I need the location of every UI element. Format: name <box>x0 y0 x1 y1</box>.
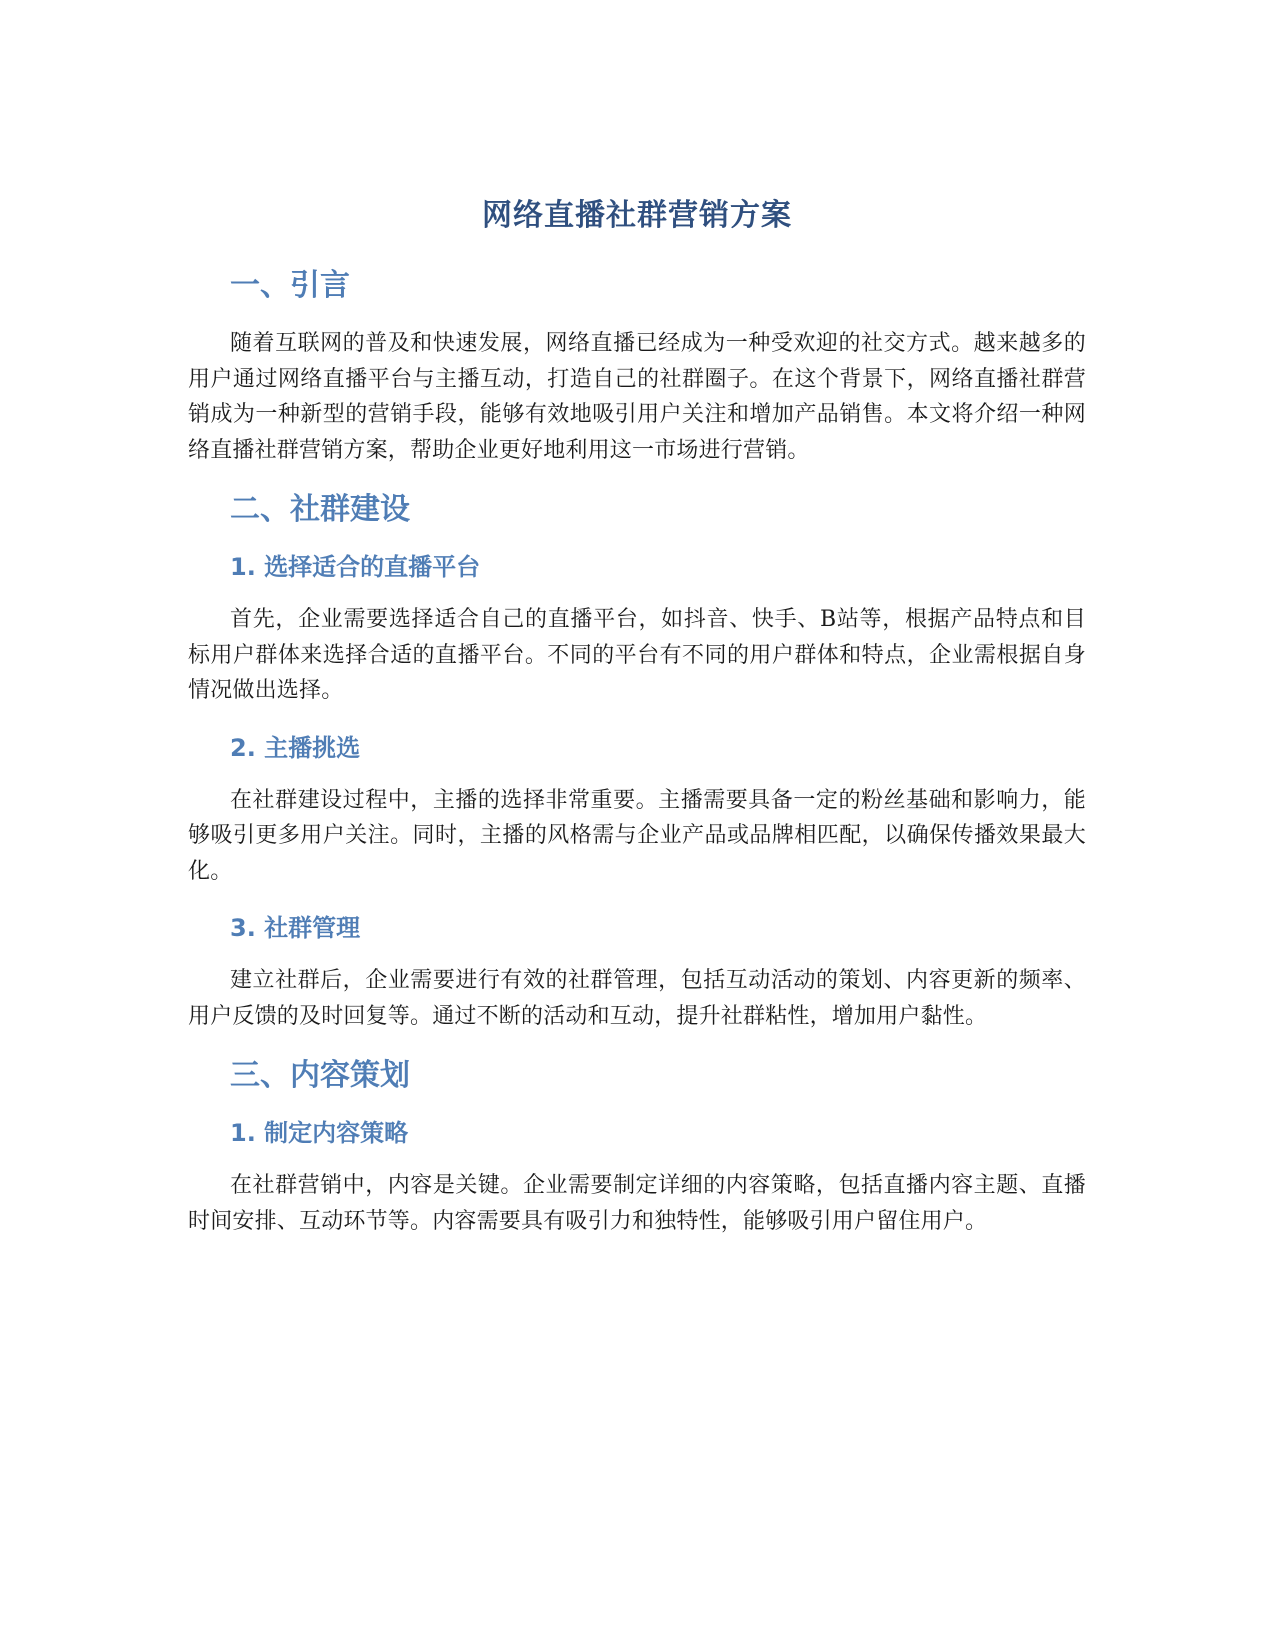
subsection-heading: 2. 主播挑选 <box>230 731 1086 765</box>
paragraph: 随着互联网的普及和快速发展，网络直播已经成为一种受欢迎的社交方式。越来越多的用户… <box>188 326 1086 468</box>
section-community-building: 二、社群建设 1. 选择适合的直播平台 首先，企业需要选择适合自己的直播平台，如… <box>188 490 1086 1034</box>
section-heading: 二、社群建设 <box>230 490 1086 530</box>
subsection-heading: 1. 选择适合的直播平台 <box>230 550 1086 584</box>
paragraph: 在社群营销中，内容是关键。企业需要制定详细的内容策略，包括直播内容主题、直播时间… <box>188 1168 1086 1239</box>
document-page: 网络直播社群营销方案 一、引言 随着互联网的普及和快速发展，网络直播已经成为一种… <box>0 0 1275 1650</box>
section-content-planning: 三、内容策划 1. 制定内容策略 在社群营销中，内容是关键。企业需要制定详细的内… <box>188 1056 1086 1239</box>
section-introduction: 一、引言 随着互联网的普及和快速发展，网络直播已经成为一种受欢迎的社交方式。越来… <box>188 266 1086 468</box>
document-content: 网络直播社群营销方案 一、引言 随着互联网的普及和快速发展，网络直播已经成为一种… <box>188 196 1086 1261</box>
section-heading: 一、引言 <box>230 266 1086 306</box>
paragraph: 在社群建设过程中，主播的选择非常重要。主播需要具备一定的粉丝基础和影响力，能够吸… <box>188 783 1086 890</box>
section-heading: 三、内容策划 <box>230 1056 1086 1096</box>
subsection-heading: 1. 制定内容策略 <box>230 1116 1086 1150</box>
subsection-heading: 3. 社群管理 <box>230 911 1086 945</box>
paragraph: 建立社群后，企业需要进行有效的社群管理，包括互动活动的策划、内容更新的频率、用户… <box>188 963 1086 1034</box>
paragraph: 首先，企业需要选择适合自己的直播平台，如抖音、快手、B站等，根据产品特点和目标用… <box>188 602 1086 709</box>
document-title: 网络直播社群营销方案 <box>188 196 1086 236</box>
